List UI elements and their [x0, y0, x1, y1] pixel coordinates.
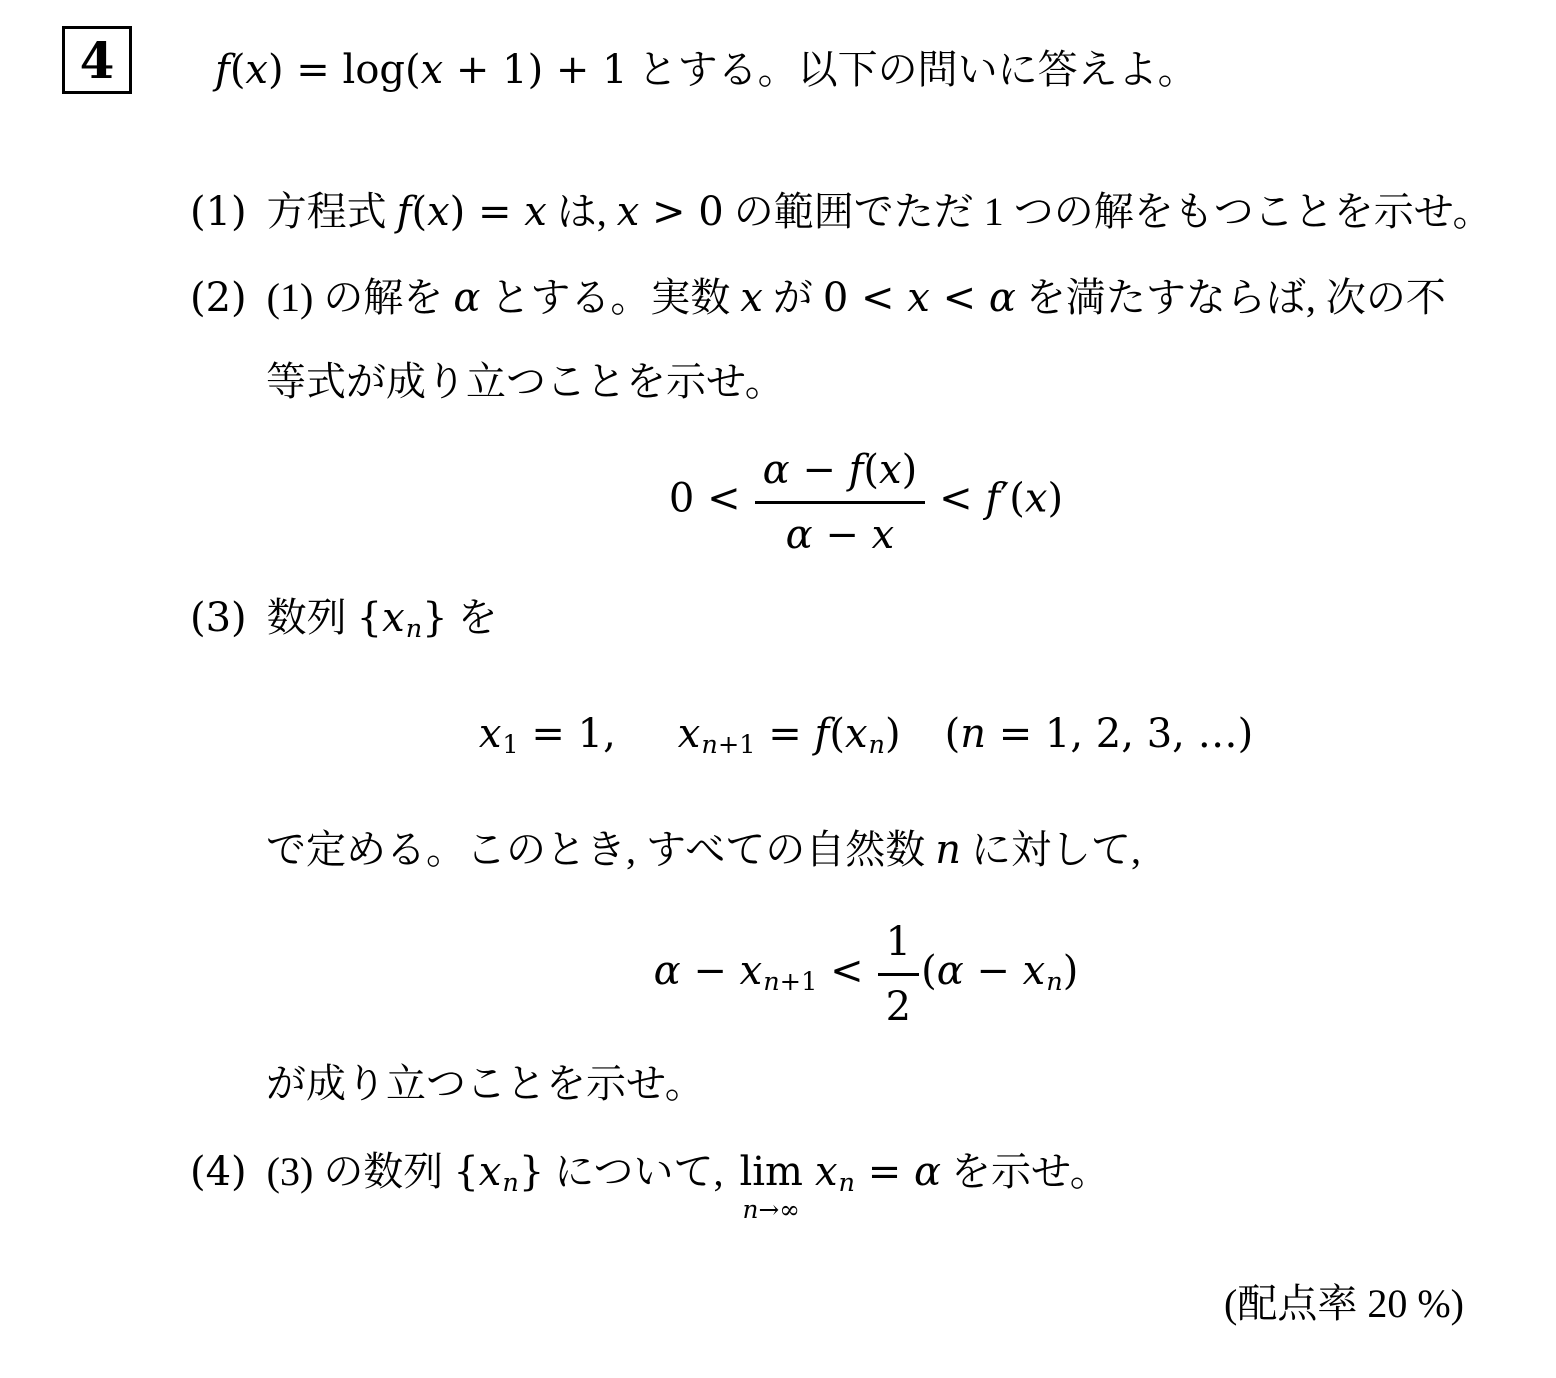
question-3-middle: で定める。このとき, すべての自然数 n に対して, — [266, 824, 1141, 876]
text-segment: 等式が成り立つことを示せ。 — [266, 359, 785, 404]
math-segment: x > 0 — [617, 189, 724, 235]
fraction-numerator: α − f(x) — [755, 444, 926, 501]
math-segment: n — [935, 827, 961, 873]
limit-operator: limn→∞ — [739, 1151, 803, 1223]
math-segment: {xn} — [453, 1149, 544, 1195]
question-3-definition: x1 = 1,xn+1 = f(xn)(n = 1, 2, 3, …) — [265, 708, 1467, 763]
text-segment: に対して, — [961, 827, 1141, 872]
formula-left-side: 0 < — [669, 476, 741, 522]
formula-right-side: < f′(x) — [939, 476, 1063, 522]
question-2-line1: (2)(1) の解を α とする。実数 x が 0 < x < α を満たすなら… — [190, 272, 1446, 324]
question-4-text-before: (3) の数列 {xn} について, — [267, 1149, 724, 1194]
question-1: (1)方程式 f(x) = x は, x > 0 の範囲でただ 1 つの解をもつ… — [190, 186, 1493, 238]
sequence-index-range: (n = 1, 2, 3, …) — [945, 711, 1254, 757]
text-segment: とする。以下の問いに答えよ。 — [628, 47, 1198, 92]
text-segment: について, — [544, 1149, 723, 1194]
text-segment: を — [448, 595, 498, 640]
text-segment: の範囲でただ 1 つの解をもつことを示せ。 — [724, 189, 1493, 234]
text-segment: 方程式 — [267, 189, 397, 234]
sequence-initial-term: x1 = 1, — [479, 711, 616, 757]
inequality-left-side: α − xn+1 < — [654, 948, 864, 994]
text-segment: で定める。このとき, すべての自然数 — [266, 827, 935, 872]
problem-number-box: 4 — [62, 26, 132, 94]
math-segment: 0 < x < α — [823, 275, 1016, 321]
text-segment: を示せ。 — [941, 1149, 1110, 1194]
fraction: α − f(x)α − x — [755, 444, 926, 561]
question-3-label: (3) — [190, 595, 247, 641]
problem-number: 4 — [80, 28, 115, 93]
score-note: (配点率 20 %) — [1224, 1278, 1464, 1330]
question-2-formula: 0 <α − f(x)α − x< f′(x) — [265, 444, 1467, 561]
question-2-line2: 等式が成り立つことを示せ。 — [266, 356, 785, 408]
inequality-right-side: (α − xn) — [921, 948, 1078, 994]
limit-word: lim — [739, 1151, 803, 1193]
question-4-text-after: xn = α を示せ。 — [815, 1149, 1110, 1194]
exam-page: 4 f(x) = log(x + 1) + 1 とする。以下の問いに答えよ。 (… — [0, 0, 1556, 1378]
fraction: 12 — [878, 916, 919, 1033]
question-2-label: (2) — [190, 275, 247, 321]
text-segment: (3) の数列 — [267, 1149, 454, 1194]
question-1-label: (1) — [190, 189, 247, 235]
math-segment: xn = α — [815, 1149, 941, 1195]
sequence-recurrence: xn+1 = f(xn) — [678, 711, 901, 757]
problem-statement: f(x) = log(x + 1) + 1 とする。以下の問いに答えよ。 — [215, 44, 1198, 96]
fraction-numerator: 1 — [878, 916, 919, 973]
text-segment: とする。実数 — [480, 275, 740, 320]
question-3-closing: が成り立つことを示せ。 — [266, 1058, 705, 1110]
question-2-text: (1) の解を α とする。実数 x が 0 < x < α を満たすならば, … — [267, 275, 1446, 320]
limit-subscript: n→∞ — [743, 1197, 800, 1223]
text-segment: が — [763, 275, 823, 320]
question-3-intro: (3)数列 {xn} を — [190, 592, 498, 647]
question-3-text: 数列 {xn} を — [267, 595, 498, 640]
math-segment: f(x) = log(x + 1) + 1 — [215, 47, 628, 93]
math-segment: x — [740, 275, 763, 321]
question-4: (4)(3) の数列 {xn} について,limn→∞xn = α を示せ。 — [190, 1146, 1110, 1223]
math-segment: α — [453, 275, 480, 321]
text-segment: 数列 — [267, 595, 357, 640]
text-segment: を満たすならば, 次の不 — [1016, 275, 1446, 320]
fraction-denominator: α − x — [755, 501, 926, 561]
fraction-denominator: 2 — [878, 973, 919, 1033]
question-1-text: 方程式 f(x) = x は, x > 0 の範囲でただ 1 つの解をもつことを… — [267, 189, 1493, 234]
question-4-label: (4) — [190, 1149, 247, 1195]
math-segment: {xn} — [357, 595, 448, 641]
math-segment: f(x) = x — [397, 189, 547, 235]
text-segment: (1) の解を — [267, 275, 454, 320]
text-segment: は, — [547, 189, 617, 234]
text-segment: が成り立つことを示せ。 — [266, 1061, 705, 1106]
question-3-inequality: α − xn+1 <12(α − xn) — [265, 916, 1467, 1033]
